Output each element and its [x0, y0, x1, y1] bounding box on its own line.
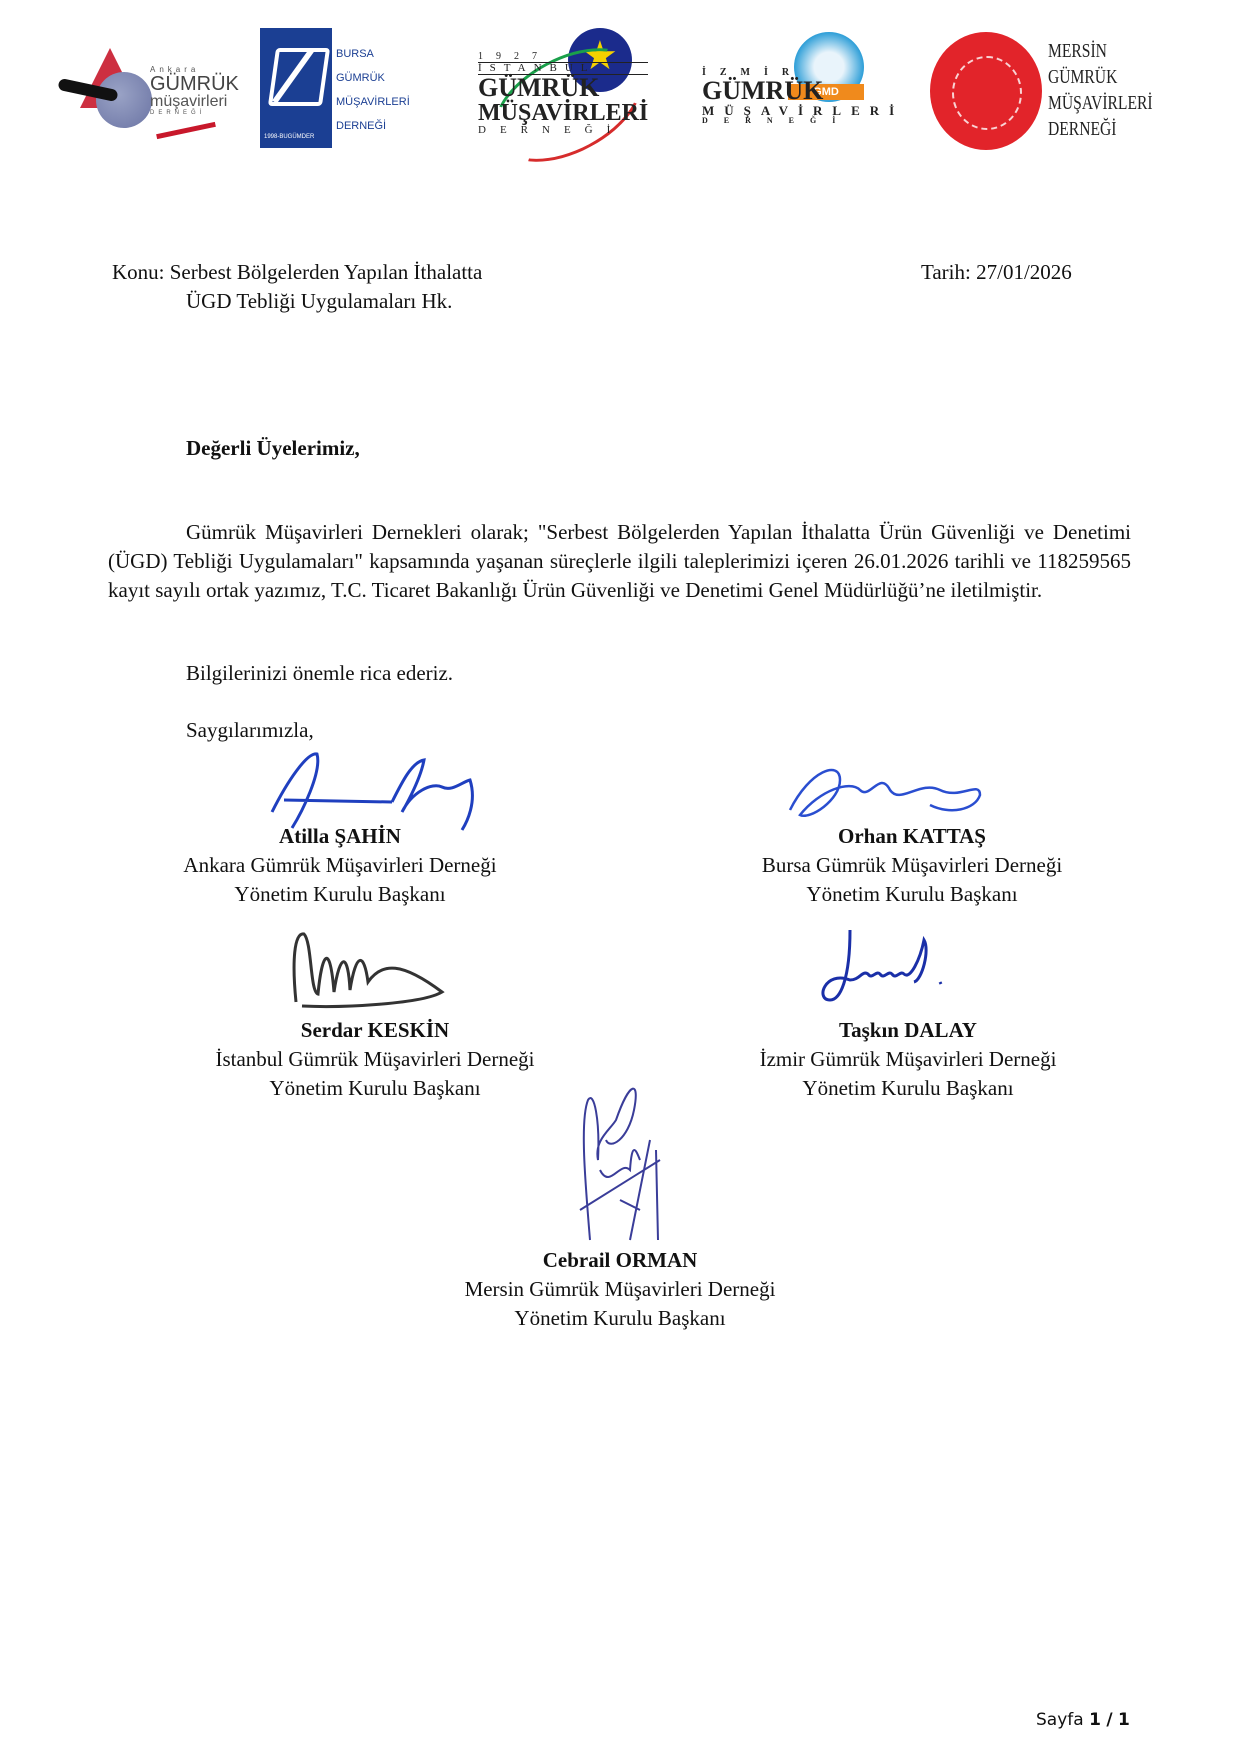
logo-text: 1927 İSTANBUL GÜMRÜK MÜŞAVİRLERİ DERNEĞİ: [478, 52, 648, 136]
signatory-org: Ankara Gümrük Müşavirleri Derneği: [150, 851, 530, 880]
subject-text: Serbest Bölgelerden Yapılan İthalatta: [170, 260, 483, 284]
logo-text: BURSA GÜMRÜK MÜŞAVİRLERİ DERNEĞİ: [336, 42, 410, 138]
subject-label: Konu:: [112, 260, 165, 284]
logo-text-line: DERNEĞİ: [336, 114, 410, 138]
signatory-org: Bursa Gümrük Müşavirleri Derneği: [722, 851, 1102, 880]
subject-text-continued: ÜGD Tebliği Uygulamaları Hk.: [186, 287, 452, 316]
request-sentence: Bilgilerinizi önemle rica ederiz.: [186, 659, 453, 688]
signatory-name: Orhan KATTAŞ: [722, 822, 1102, 851]
date-value: 27/01/2026: [976, 260, 1072, 284]
logo-text-line: DERNEĞİ: [478, 125, 648, 136]
signatory-title: Yönetim Kurulu Başkanı: [718, 1074, 1098, 1103]
page-number: Sayfa 1 / 1: [1036, 1710, 1130, 1730]
signatory-block: Atilla ŞAHİN Ankara Gümrük Müşavirleri D…: [150, 822, 530, 909]
logo-text: Ankara GÜMRÜK müşavirleri DERNEĞİ: [150, 66, 239, 116]
bursa-association-logo: 1998-BUGÜMDER BURSA GÜMRÜK MÜŞAVİRLERİ D…: [260, 28, 410, 150]
seal-icon: [930, 32, 1042, 150]
logo-text-line: MÜŞAVİRLERİ: [478, 101, 648, 125]
signatory-block: Cebrail ORMAN Mersin Gümrük Müşavirleri …: [430, 1246, 810, 1333]
salutation: Değerli Üyelerimiz,: [186, 434, 360, 463]
closing: Saygılarımızla,: [186, 716, 314, 745]
istanbul-association-logo: ★ 1927 İSTANBUL GÜMRÜK MÜŞAVİRLERİ DERNE…: [478, 28, 648, 150]
signatory-title: Yönetim Kurulu Başkanı: [185, 1074, 565, 1103]
signatory-title: Yönetim Kurulu Başkanı: [150, 880, 530, 909]
signatory-org: İzmir Gümrük Müşavirleri Derneği: [718, 1045, 1098, 1074]
logo-text-line: MÜŞAVİRLERİ: [336, 90, 410, 114]
signature-kattas: [780, 760, 1000, 830]
logo-text-line: MERSİN: [1048, 38, 1153, 64]
date-line: Tarih: 27/01/2026: [921, 258, 1072, 287]
globe-icon: [96, 72, 152, 128]
logo-text: İZMİR GÜMRÜK MÜŞAVİRLERİ DERNEĞİ: [702, 68, 904, 125]
logo-text-line: DERNEĞİ: [1048, 116, 1153, 142]
signatory-name: Serdar KESKİN: [185, 1016, 565, 1045]
logo-text-line: GÜMRÜK: [336, 66, 410, 90]
page-separator: /: [1106, 1710, 1112, 1730]
signatory-block: Orhan KATTAŞ Bursa Gümrük Müşavirleri De…: [722, 822, 1102, 909]
logo-text: MERSİN GÜMRÜK MÜŞAVİRLERİ DERNEĞİ: [1048, 38, 1153, 142]
page-label: Sayfa: [1036, 1710, 1084, 1730]
logo-badge-text: 1998-BUGÜMDER: [264, 134, 314, 140]
izmir-association-logo: GMD İZMİR GÜMRÜK MÜŞAVİRLERİ DERNEĞİ: [702, 28, 872, 150]
mersin-association-logo: MERSİN GÜMRÜK MÜŞAVİRLERİ DERNEĞİ: [930, 28, 1110, 150]
logo-underline: [156, 122, 216, 139]
signatory-name: Atilla ŞAHİN: [150, 822, 530, 851]
subject-line: Konu: Serbest Bölgelerden Yapılan İthala…: [112, 258, 482, 287]
body-paragraph: Gümrük Müşavirleri Dernekleri olarak; "S…: [108, 518, 1131, 605]
logo-text-line: GÜMRÜK: [702, 78, 904, 104]
seal-ring: [952, 56, 1022, 130]
logo-text-line: 1927: [478, 52, 648, 62]
signatory-block: Serdar KESKİN İstanbul Gümrük Müşavirler…: [185, 1016, 565, 1103]
logo-text-line: DERNEĞİ: [702, 117, 904, 125]
signatory-name: Taşkın DALAY: [718, 1016, 1098, 1045]
logo-text-line: BURSA: [336, 42, 410, 66]
signatory-org: Mersin Gümrük Müşavirleri Derneği: [430, 1275, 810, 1304]
emblem-icon: [268, 48, 330, 106]
logo-badge: 1998-BUGÜMDER: [260, 28, 332, 148]
page-current: 1: [1089, 1710, 1101, 1730]
signature-keskin: [282, 922, 452, 1012]
page-total: 1: [1118, 1710, 1130, 1730]
logo-text-line: müşavirleri: [150, 94, 239, 110]
signatory-block: Taşkın DALAY İzmir Gümrük Müşavirleri De…: [718, 1016, 1098, 1103]
signature-orman: [560, 1080, 700, 1260]
signatory-title: Yönetim Kurulu Başkanı: [430, 1304, 810, 1333]
signatory-title: Yönetim Kurulu Başkanı: [722, 880, 1102, 909]
logo-text-line: GÜMRÜK: [1048, 64, 1153, 90]
logo-text-line: GÜMRÜK: [478, 75, 648, 101]
date-label: Tarih:: [921, 260, 971, 284]
ankara-association-logo: Ankara GÜMRÜK müşavirleri DERNEĞİ: [58, 28, 218, 150]
signatory-org: İstanbul Gümrük Müşavirleri Derneği: [185, 1045, 565, 1074]
logo-text-line: DERNEĞİ: [150, 110, 239, 116]
logo-text-line: GÜMRÜK: [150, 74, 239, 94]
signatory-name: Cebrail ORMAN: [430, 1246, 810, 1275]
signature-dalay: [810, 920, 970, 1010]
logo-text-line: MÜŞAVİRLERİ: [1048, 90, 1153, 116]
signature-sahin: [262, 742, 492, 832]
